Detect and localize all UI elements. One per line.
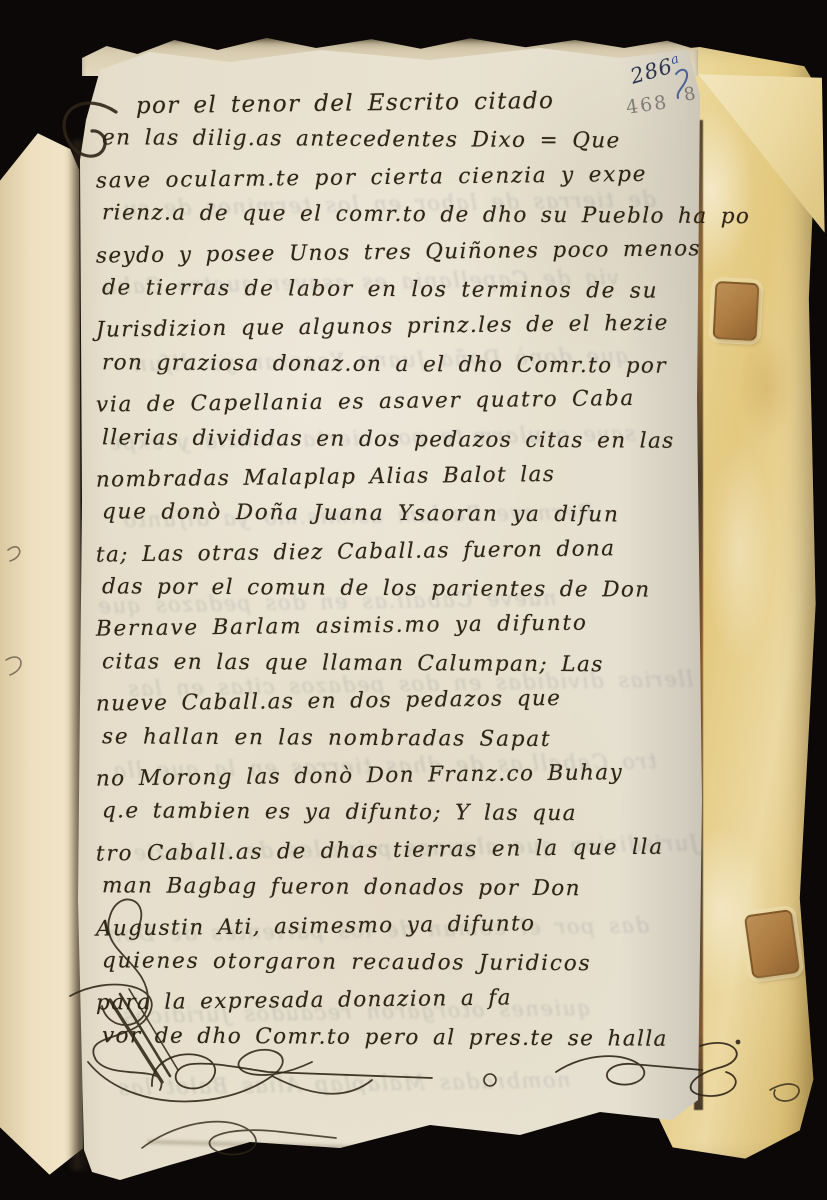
manuscript-line: Bernave Barlam asimis.mo ya difunto [96, 608, 682, 653]
manuscript-line: save ocularm.te por cierta cienzia y exp… [96, 159, 682, 204]
manuscript-line: man Bagbag fueron donados por Don [96, 871, 682, 912]
manuscript-line: Augustin Ati, asimesmo ya difunto [96, 907, 682, 952]
manuscript-line: citas en las que llaman Calumpan; Las [96, 647, 682, 688]
manuscript-text-block: por el tenor del Escrito citado en las d… [96, 88, 682, 1060]
leather-clasp-remnant-upper [713, 281, 760, 341]
page-bottom-crease [147, 1140, 737, 1160]
manuscript-line: tro Caball.as de dhas tierras en la que … [96, 832, 682, 877]
manuscript-line: seydo y posee Unos tres Quiñones poco me… [96, 234, 682, 279]
bleedthrough-text: nombradas Malaplap Alias Balot las [117, 1068, 571, 1100]
manuscript-line: de tierras de labor en los terminos de s… [96, 273, 682, 314]
manuscript-line: en las dilig.as antecedentes Dixo = Que [96, 124, 682, 165]
manuscript-line: nombradas Malaplap Alias Balot las [96, 458, 682, 503]
manuscript-line: no Morong las donò Don Franz.co Buhay [96, 757, 682, 802]
manuscript-line: que donò Doña Juana Ysaoran ya difun [96, 498, 682, 539]
leather-clasp-remnant-lower [744, 909, 800, 979]
manuscript-line: quienes otorgaron recaudos Juridicos [96, 946, 682, 987]
manuscript-line: nueve Caball.as en dos pedazos que [96, 683, 682, 728]
manuscript-line: Jurisdizion que algunos prinz.les de el … [96, 309, 682, 354]
manuscript-line: via de Capellania es asaver quatro Caba [96, 384, 682, 429]
manuscript-line: se hallan en las nombradas Sapat [96, 722, 682, 763]
manuscript-line: para la expresada donazion a fa [96, 982, 682, 1027]
manuscript-line: vor de dho Comr.to pero al pres.te se ha… [96, 1021, 682, 1062]
manuscript-line: q.e tambien es ya difunto; Y las qua [96, 797, 682, 838]
manuscript-line: ron graziosa donaz.on a el dho Comr.to p… [96, 348, 682, 389]
manuscript-line: das por el comun de los parientes de Don [96, 572, 682, 613]
manuscript-line: llerias divididas en dos pedazos citas e… [96, 423, 682, 464]
manuscript-line: por el tenor del Escrito citado [96, 84, 682, 129]
manuscript-line: ta; Las otras diez Caball.as fueron dona [96, 533, 682, 578]
manuscript-line: rienz.a de que el comr.to de dho su Pueb… [96, 198, 682, 239]
